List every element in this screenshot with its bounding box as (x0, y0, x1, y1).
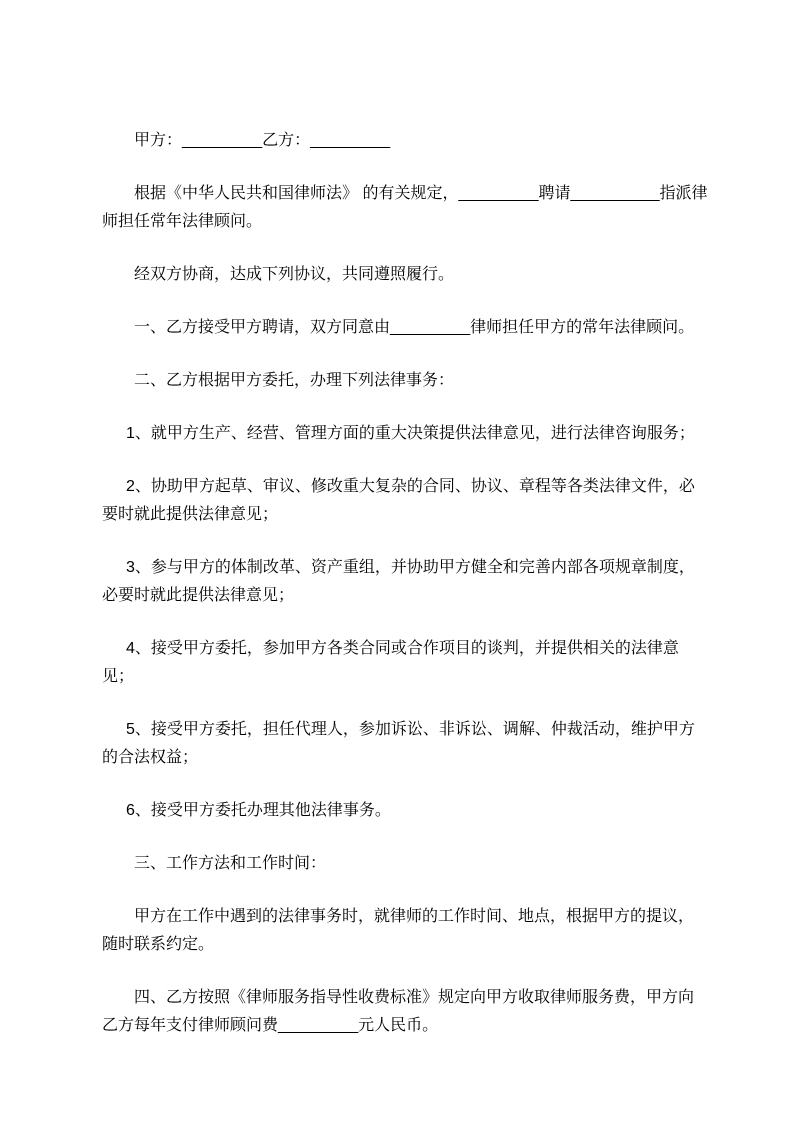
paragraph-clause-1: 一、乙方接受甲方聘请，双方同意由_________律师担任甲方的常年法律顾问。 (102, 314, 708, 342)
paragraph-clause-2-item-2: 2、协助甲方起草、审议、修改重大复杂的合同、协议、章程等各类法律文件，必要时就此… (102, 473, 708, 529)
paragraph-party-line: 甲方：_________乙方：_________ (102, 127, 708, 155)
paragraph-clause-2-item-5: 5、接受甲方委托，担任代理人，参加诉讼、非诉讼、调解、仲裁活动，维护甲方的合法权… (102, 716, 708, 772)
paragraph-clause-2: 二、乙方根据甲方委托，办理下列法律事务： (102, 367, 708, 395)
paragraph-clause-3: 三、工作方法和工作时间： (102, 850, 708, 878)
paragraph-clause-2-item-4: 4、接受甲方委托，参加甲方各类合同或合作项目的谈判，并提供相关的法律意见； (102, 635, 708, 691)
paragraph-clause-3-detail: 甲方在工作中遇到的法律事务时，就律师的工作时间、地点，根据甲方的提议，随时联系约… (102, 903, 708, 959)
paragraph-clause-4: 四、乙方按照《律师服务指导性收费标准》规定向甲方收取律师服务费，甲方向乙方每年支… (102, 984, 708, 1040)
paragraph-clause-2-item-3: 3、参与甲方的体制改革、资产重组，并协助甲方健全和完善内部各项规章制度，必要时就… (102, 554, 708, 610)
paragraph-clause-2-item-6: 6、接受甲方委托办理其他法律事务。 (102, 797, 708, 825)
paragraph-agreement-intro: 经双方协商，达成下列协议，共同遵照履行。 (102, 261, 708, 289)
paragraph-preamble: 根据《中华人民共和国律师法》 的有关规定，_________聘请________… (102, 180, 708, 236)
paragraph-clause-2-item-1: 1、就甲方生产、经营、管理方面的重大决策提供法律意见，进行法律咨询服务； (102, 420, 708, 448)
document-page: 甲方：_________乙方：_________ 根据《中华人民共和国律师法》 … (0, 0, 793, 1122)
